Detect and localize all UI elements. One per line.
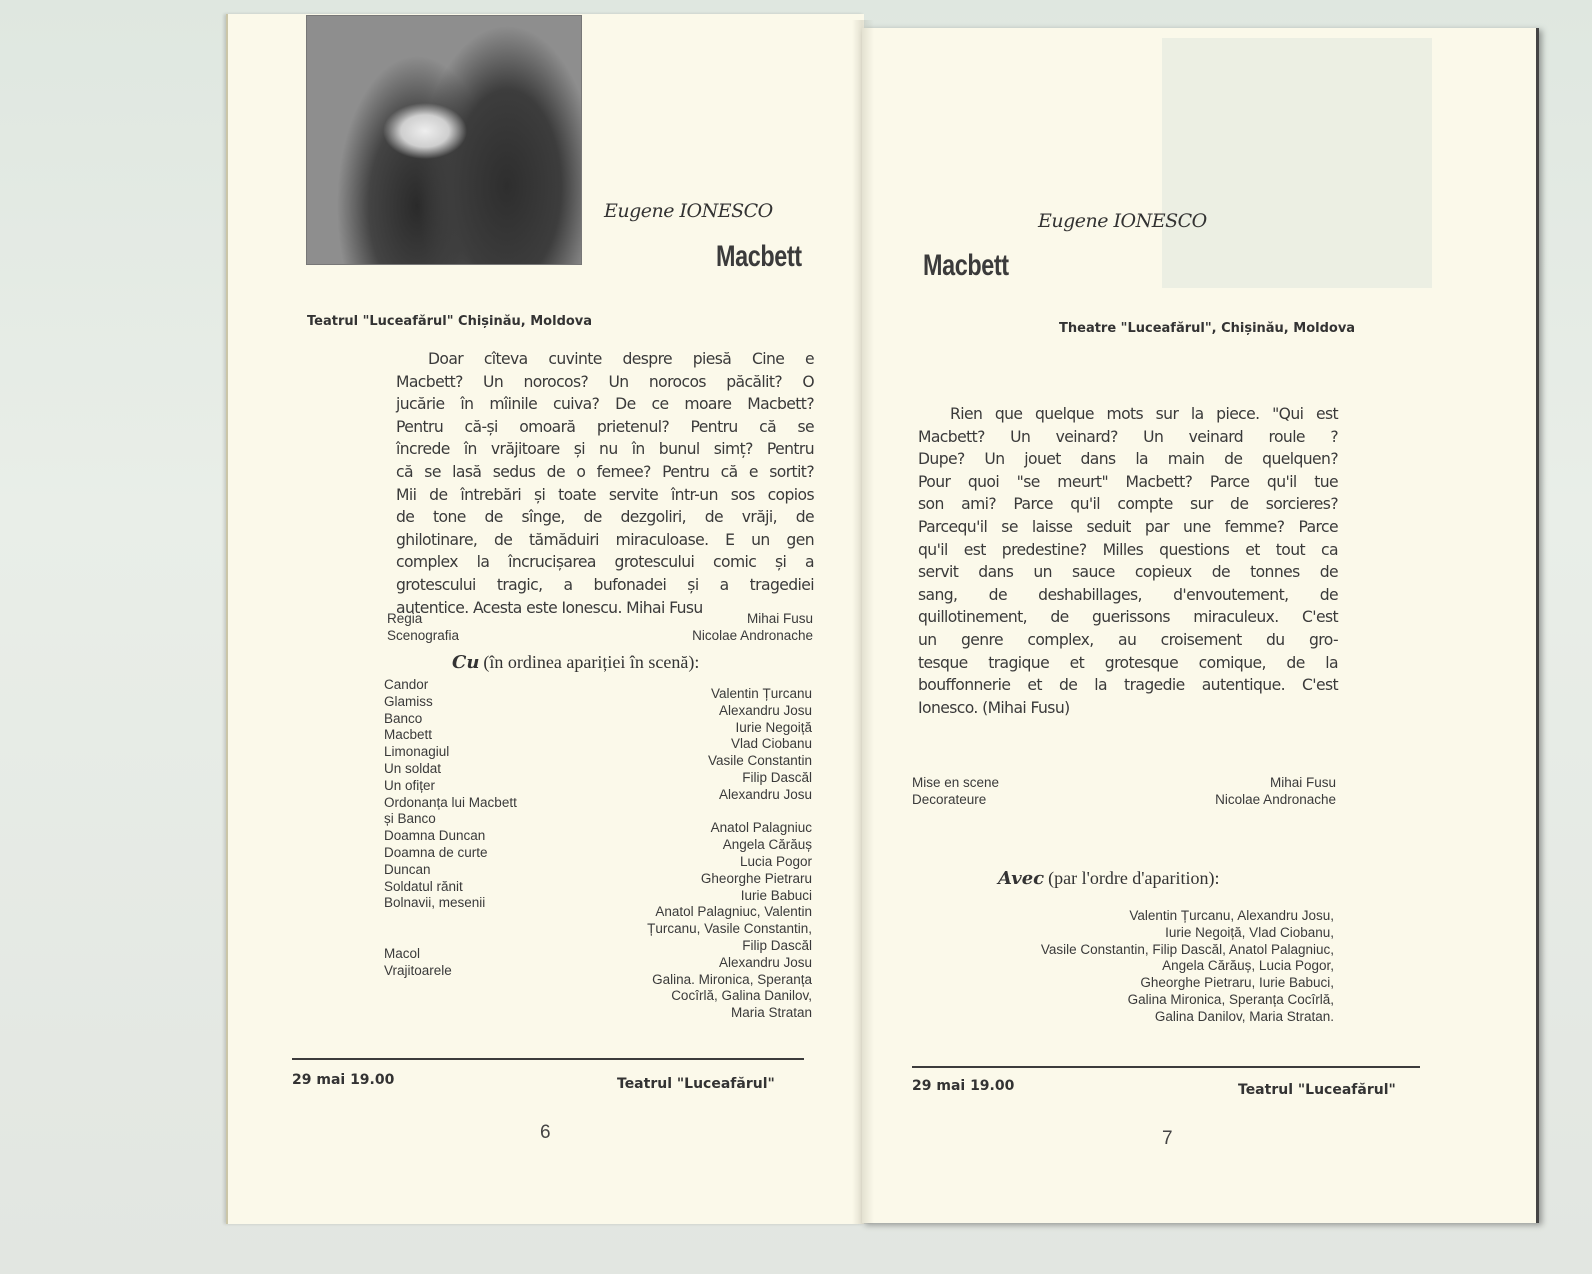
cast-role: Glamiss: [384, 694, 584, 711]
synopsis-line: Pour quoi "se meurt" Macbett? Parce qu'i…: [918, 471, 1338, 494]
cast-actor: Lucia Pogor: [560, 854, 812, 871]
cast-actor: Vlad Ciobanu: [560, 736, 812, 753]
synopsis-line: de tone de sînge, de dezgoliri, de vrăji…: [396, 506, 814, 529]
synopsis-line: servit dans un sauce copieux de tonnes d…: [918, 561, 1338, 584]
cast-role: Ordonanța lui Macbett: [384, 795, 584, 812]
book-gutter: [852, 20, 874, 1224]
cast-role: Soldatul rănit: [384, 879, 584, 896]
synopsis-line: complex la încrucișarea grotescului comi…: [396, 551, 814, 574]
cast-role: [384, 929, 584, 946]
cast-actor: Cocîrlă, Galina Danilov,: [560, 988, 812, 1005]
cast-role: Candor: [384, 677, 584, 694]
synopsis-line: Pentru că-și omoară prietenul? Pentru că…: [396, 416, 814, 439]
cast-actor: Gheorghe Pietraru: [560, 871, 812, 888]
right-page-number: 7: [1162, 1128, 1173, 1150]
credit-role: Scenografia: [387, 628, 459, 645]
synopsis-line: că se lasă sedus de o femee? Pentru că e…: [396, 461, 814, 484]
left-theatre: Teatrul "Luceafărul" Chișinău, Moldova: [307, 314, 592, 329]
cast-role: Vrajitoarele: [384, 963, 584, 980]
left-author: Eugene IONESCO: [604, 200, 773, 222]
cast-actor: Iurie Negoiță: [560, 720, 812, 737]
cast-heading-text: (în ordinea apariției în scenă):: [483, 652, 699, 672]
cast-actor: Alexandru Josu: [560, 787, 812, 804]
left-page-number: 6: [540, 1122, 551, 1144]
cast-role: Un soldat: [384, 761, 584, 778]
credit-row: Regia Mihai Fusu: [387, 611, 813, 628]
synopsis-line: Parcequ'il se laisse seduit par une femm…: [918, 516, 1338, 539]
credit-name: Nicolae Andronache: [692, 628, 813, 645]
cast-role: Macbett: [384, 727, 584, 744]
cast-line: Galina Mironica, Speranța Cocîrlă,: [940, 992, 1334, 1009]
cast-actor: Valentin Țurcanu: [560, 686, 812, 703]
cast-actor: Alexandru Josu: [560, 955, 812, 972]
cast-actor: Maria Stratan: [560, 1005, 812, 1022]
right-footer-date: 29 mai 19.00: [912, 1078, 1014, 1094]
credit-row: Scenografia Nicolae Andronache: [387, 628, 813, 645]
credit-name: Nicolae Andronache: [1215, 792, 1336, 809]
synopsis-line: Mii de întrebări și toate servite într-u…: [396, 484, 814, 507]
synopsis-line: grotescului tragic, a bufonadei și a tra…: [396, 574, 814, 597]
cast-line: Iurie Negoiță, Vlad Ciobanu,: [940, 925, 1334, 942]
right-cast-heading: Avec(par l'ordre d'aparition):: [998, 868, 1220, 889]
synopsis-line: ghilotinare, de tămăduiri miraculoase. E…: [396, 529, 814, 552]
credit-role: Mise en scene: [912, 775, 999, 792]
right-theatre: Theatre "Luceafărul", Chișinău, Moldova: [1059, 321, 1355, 336]
cast-actor: Iurie Babuci: [560, 888, 812, 905]
cast-actor: Angela Cărăuș: [560, 837, 812, 854]
cast-actor: Filip Dascăl: [560, 938, 812, 955]
cast-actor: [560, 804, 812, 821]
right-cast-list: Valentin Țurcanu, Alexandru Josu,Iurie N…: [940, 908, 1334, 1026]
cast-role: [384, 912, 584, 929]
right-author: Eugene IONESCO: [1038, 210, 1207, 232]
synopsis-line: quillotinement, de guerissons miraculeux…: [918, 606, 1338, 629]
cast-role: Un ofițer: [384, 778, 584, 795]
synopsis-line: son ami? Parce qu'il compte sur de sorci…: [918, 493, 1338, 516]
synopsis-line: Rien que quelque mots sur la piece. "Qui…: [918, 403, 1338, 426]
left-footer-rule: [292, 1058, 804, 1060]
right-credits: Mise en scene Mihai Fusu Decorateure Nic…: [912, 775, 1336, 808]
synopsis-line: un genre complex, au croisement du gro-: [918, 629, 1338, 652]
show-through-photo: [1162, 38, 1432, 288]
right-title: Macbett: [923, 249, 1009, 283]
cast-line: Angela Cărăuș, Lucia Pogor,: [940, 958, 1334, 975]
cast-actor: Anatol Palagniuc: [560, 820, 812, 837]
cast-heading-text: (par l'ordre d'aparition):: [1048, 868, 1219, 888]
cast-role: Duncan: [384, 862, 584, 879]
synopsis-line: Dupe? Un jouet dans la main de quelquen?: [918, 448, 1338, 471]
cast-actors-list: Valentin ȚurcanuAlexandru JosuIurie Nego…: [560, 686, 812, 1022]
left-footer-date: 29 mai 19.00: [292, 1072, 394, 1088]
cast-role: Macol: [384, 946, 584, 963]
credit-role: Decorateure: [912, 792, 986, 809]
synopsis-line: tesque tragique et grotesque comique, de…: [918, 652, 1338, 675]
cast-heading-script: Cu: [452, 652, 479, 673]
synopsis-line: qu'il est predestine? Milles questions e…: [918, 539, 1338, 562]
credit-name: Mihai Fusu: [747, 611, 813, 628]
cast-actor: Galina. Mironica, Speranța: [560, 972, 812, 989]
cast-role: Banco: [384, 711, 584, 728]
cast-actor: Vasile Constantin: [560, 753, 812, 770]
left-cast-heading: Cu(în ordinea apariției în scenă):: [452, 652, 699, 673]
synopsis-line: Macbett? Un norocos? Un norocos păcălit?…: [396, 371, 814, 394]
cast-actor: Țurcanu, Vasile Constantin,: [560, 921, 812, 938]
synopsis-line: bouffonnerie et de la tragedie autentiqu…: [918, 674, 1338, 697]
synopsis-line: Macbett? Un veinard? Un veinard roule ?: [918, 426, 1338, 449]
right-footer-rule: [912, 1066, 1420, 1068]
cast-role: Doamna Duncan: [384, 828, 584, 845]
left-footer-venue: Teatrul "Luceafărul": [617, 1076, 775, 1092]
credit-row: Decorateure Nicolae Andronache: [912, 792, 1336, 809]
synopsis-line: jucărie în mîinile cuiva? De ce moare Ma…: [396, 393, 814, 416]
left-title: Macbett: [716, 240, 802, 274]
synopsis-line: încrede în vrăjitoare și nu în bunul sim…: [396, 438, 814, 461]
cast-role: și Banco: [384, 811, 584, 828]
credit-role: Regia: [387, 611, 422, 628]
production-photo: [306, 15, 582, 265]
cast-actor: Anatol Palagniuc, Valentin: [560, 904, 812, 921]
synopsis-line: sang, de deshabillages, d'envoutement, d…: [918, 584, 1338, 607]
cast-actor: Filip Dascăl: [560, 770, 812, 787]
cast-line: Gheorghe Pietraru, Iurie Babuci,: [940, 975, 1334, 992]
left-synopsis: Doar cîteva cuvinte despre piesă Cine eM…: [396, 348, 814, 619]
cast-role: Bolnavii, mesenii: [384, 895, 584, 912]
right-footer-venue: Teatrul "Luceafărul": [1238, 1082, 1396, 1098]
synopsis-line: Ionesco. (Mihai Fusu): [918, 697, 1338, 720]
cast-actor: Alexandru Josu: [560, 703, 812, 720]
cast-line: Vasile Constantin, Filip Dascăl, Anatol …: [940, 942, 1334, 959]
cast-role: Doamna de curte: [384, 845, 584, 862]
left-credits: Regia Mihai Fusu Scenografia Nicolae And…: [387, 611, 813, 644]
cast-line: Valentin Țurcanu, Alexandru Josu,: [940, 908, 1334, 925]
right-synopsis: Rien que quelque mots sur la piece. "Qui…: [918, 403, 1338, 719]
cast-role: Limonagiul: [384, 744, 584, 761]
cast-line: Galina Danilov, Maria Stratan.: [940, 1009, 1334, 1026]
cast-roles-list: CandorGlamissBancoMacbettLimonagiulUn so…: [384, 677, 584, 979]
cast-heading-script: Avec: [998, 868, 1044, 889]
credit-row: Mise en scene Mihai Fusu: [912, 775, 1336, 792]
credit-name: Mihai Fusu: [1270, 775, 1336, 792]
synopsis-line: Doar cîteva cuvinte despre piesă Cine e: [396, 348, 814, 371]
